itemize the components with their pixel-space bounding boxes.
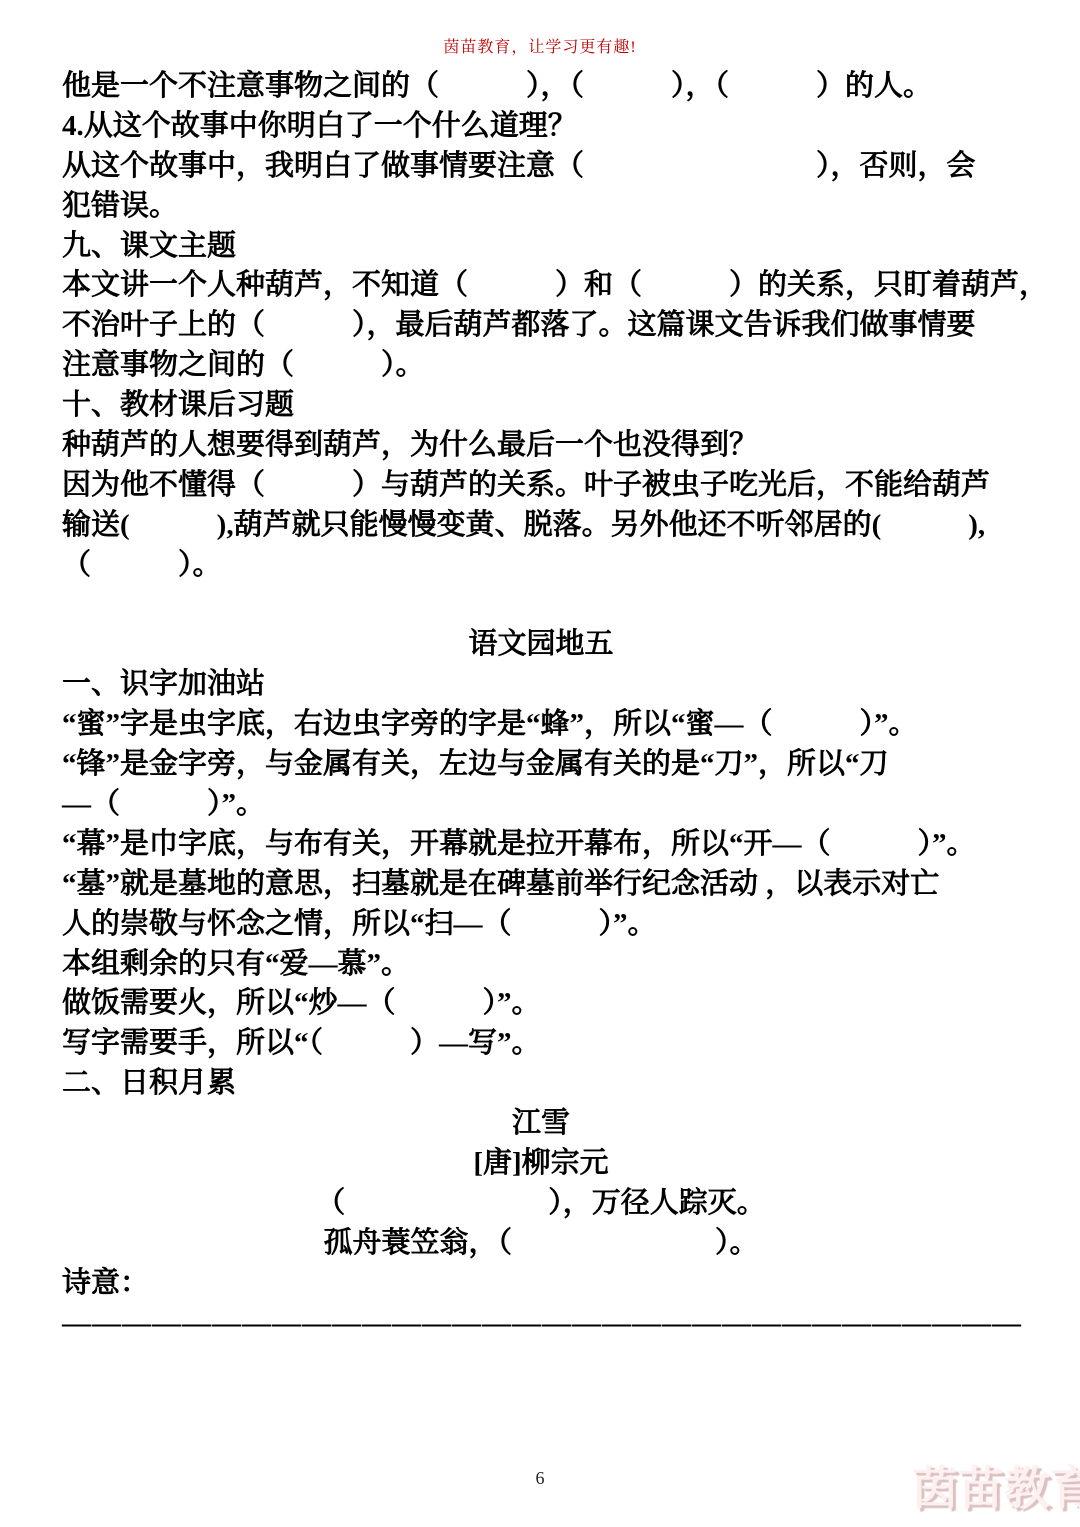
answer-rule-line: ———————————————————————————————— [62, 1304, 1020, 1344]
poem-line: （ ），万径人踪灭。 [62, 1184, 1020, 1224]
section-heading: 九、课文主题 [62, 227, 1020, 267]
text-line: “幕”是巾字底，与布有关，开幕就是拉开幕布，所以“开—（ ）”。 [62, 825, 1020, 865]
text-line: “锋”是金字旁，与金属有关，左边与金属有关的是“刀”，所以“刀 [62, 745, 1020, 785]
poem-title: 江雪 [62, 1104, 1020, 1144]
brand-slogan-header: 茵苗教育，让学习更有趣! [0, 34, 1080, 57]
brand-watermark: 茵苗教育 [912, 1452, 1080, 1518]
text-line: 注意事物之间的（ ）。 [62, 346, 1020, 386]
text-line: （ ）。 [62, 546, 1020, 586]
blank-line [62, 586, 1020, 626]
question-line: 种葫芦的人想要得到葫芦，为什么最后一个也没得到？ [62, 426, 1020, 466]
text-line: 写字需要手，所以“（ ）—写”。 [62, 1024, 1020, 1064]
poem-author: [唐]柳宗元 [62, 1144, 1020, 1184]
text-line: “蜜”字是虫字底，右边虫字旁的字是“蜂”，所以“蜜—（ ）”。 [62, 705, 1020, 745]
text-line: 本组剩余的只有“爱—慕”。 [62, 945, 1020, 985]
section-heading: 一、识字加油站 [62, 665, 1020, 705]
text-line: 从这个故事中，我明白了做事情要注意（ ），否则，会 [62, 147, 1020, 187]
text-line: —（ ）”。 [62, 785, 1020, 825]
text-line: 犯错误。 [62, 187, 1020, 227]
text-line: 因为他不懂得（ ）与葫芦的关系。叶子被虫子吃光后，不能给葫芦 [62, 466, 1020, 506]
text-line: “墓”就是墓地的意思，扫墓就是在碑墓前举行纪念活动 ，以表示对亡 [62, 865, 1020, 905]
shiyi-label: 诗意： [62, 1264, 1020, 1304]
poem-line: 孤舟蓑笠翁，（ ）。 [62, 1224, 1020, 1264]
document-page: 茵苗教育，让学习更有趣! 他是一个不注意事物之间的（ ），（ ），（ ）的人。 … [0, 0, 1080, 1527]
text-line: 做饭需要火，所以“炒—（ ）”。 [62, 984, 1020, 1024]
text-line: 输送( ),葫芦就只能慢慢变黄、脱落。另外他还不听邻居的( ), [62, 506, 1020, 546]
text-line: 人的崇敬与怀念之情，所以“扫—（ ）”。 [62, 905, 1020, 945]
question-line: 4.从这个故事中你明白了一个什么道理？ [62, 107, 1020, 147]
unit-title: 语文园地五 [62, 625, 1020, 665]
section-heading: 十、教材课后习题 [62, 386, 1020, 426]
text-line: 他是一个不注意事物之间的（ ），（ ），（ ）的人。 [62, 67, 1020, 107]
text-line: 不治叶子上的（ ），最后葫芦都落了。这篇课文告诉我们做事情要 [62, 306, 1020, 346]
section-heading: 二、日积月累 [62, 1064, 1020, 1104]
text-line: 本文讲一个人种葫芦，不知道（ ）和（ ）的关系，只盯着葫芦， [62, 266, 1020, 306]
document-body: 他是一个不注意事物之间的（ ），（ ），（ ）的人。 4.从这个故事中你明白了一… [62, 67, 1020, 1344]
